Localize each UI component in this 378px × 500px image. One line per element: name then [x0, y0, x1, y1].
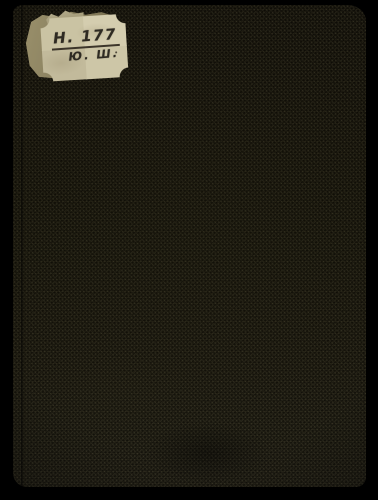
book-cover-photo: Н. 177 Ю. Ш.	[0, 0, 378, 500]
ink-speck	[115, 51, 117, 53]
shelf-mark-label: Н. 177 Ю. Ш.	[40, 14, 129, 82]
cover-hinge-groove	[21, 5, 27, 487]
shelf-mark-initials: Ю. Ш.	[60, 46, 128, 64]
shelf-mark-text: Н. 177 Ю. Ш.	[41, 24, 128, 65]
